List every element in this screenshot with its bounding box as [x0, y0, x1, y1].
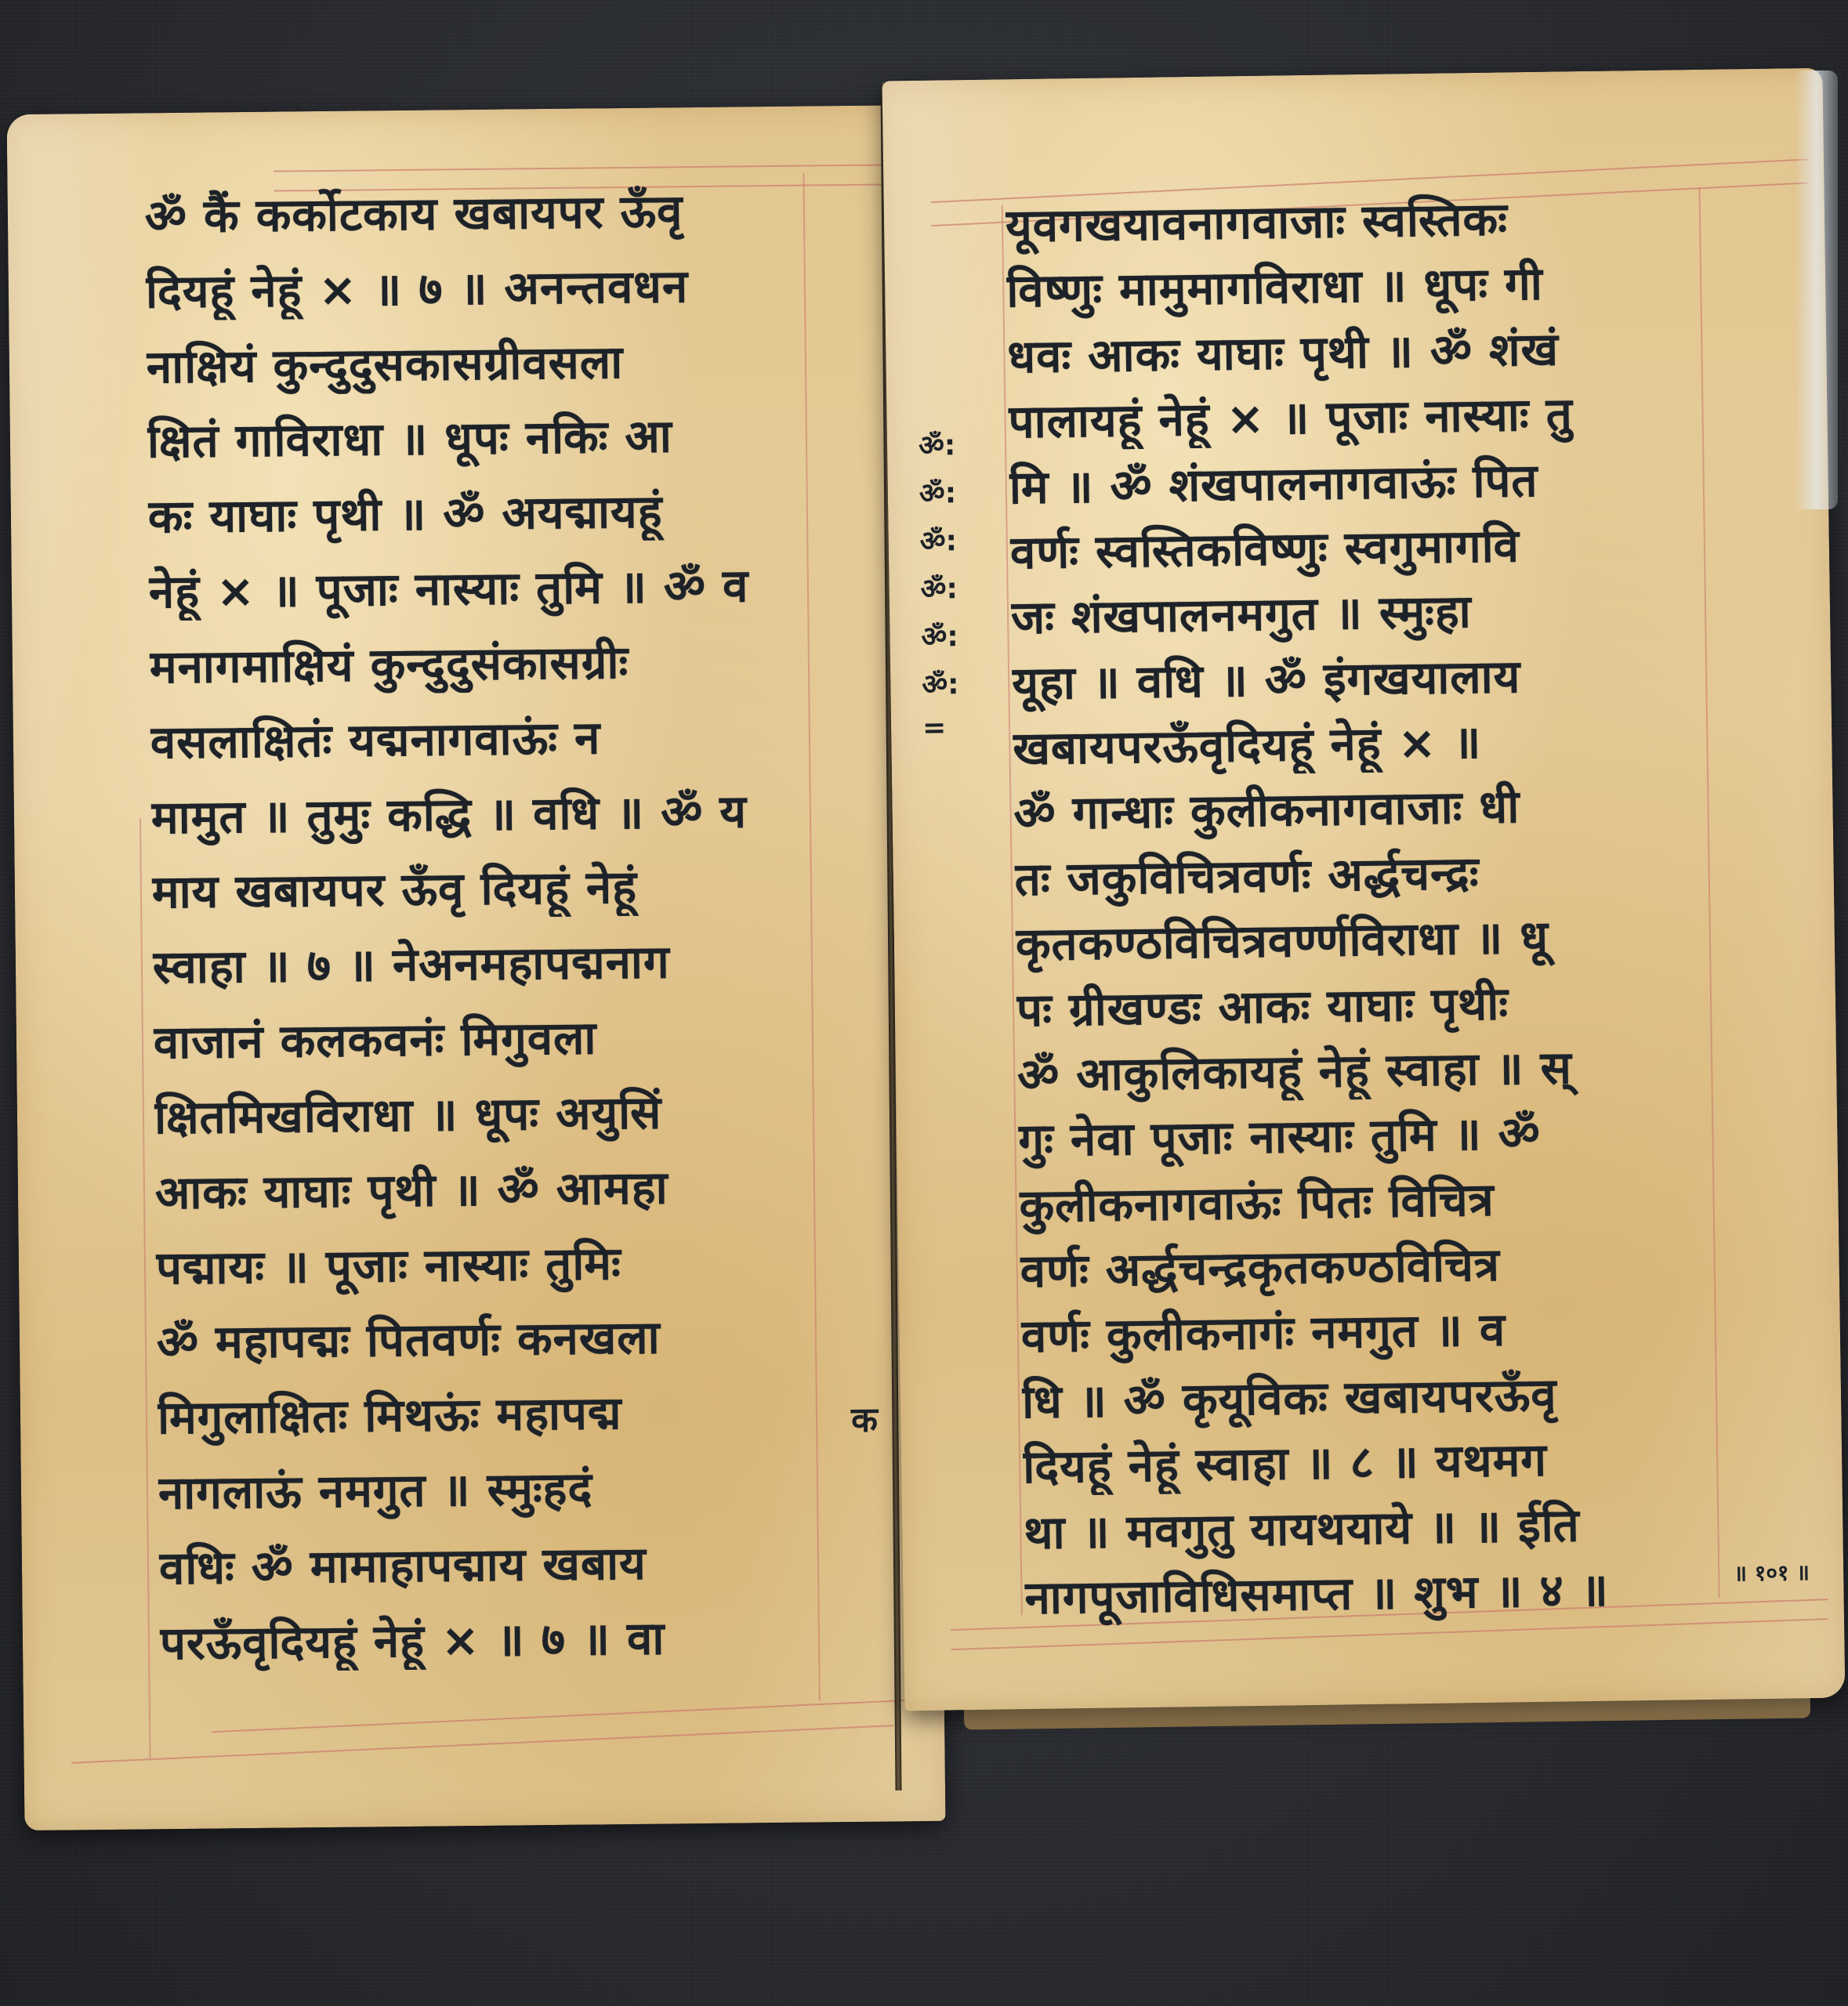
- text-line: वर्णः अर्द्धचन्द्रकृतकण्ठविचित्र: [1020, 1229, 1726, 1301]
- text-line: विष्णुः मामुमागविराधा ॥ धूपः गी: [1006, 248, 1712, 320]
- text-line: तः जकुविचित्रवर्णः अर्द्धचन्द्रः: [1014, 836, 1720, 908]
- text-line: मनागमाक्षियं कुन्दुदुसंकासग्रीः: [150, 627, 824, 696]
- text-line: धवः आकः याघाः पृथी ॥ ॐ शंखं: [1007, 313, 1713, 386]
- text-line: स्वाहा ॥ ७ ॥ नेअनमहापद्मनाग: [153, 928, 828, 997]
- text-line: कः याघाः पृथी ॥ ॐ अयद्मायहूं: [148, 477, 823, 546]
- left-text-block: ॐ कैं कर्कोटकाय खबायपर ऊँवृ दियहूं नेहूं…: [144, 176, 834, 1672]
- text-line: धि ॥ ॐ कृयूविकः खबायपरऊँवृ: [1022, 1359, 1728, 1431]
- text-line: यूवगखयावनागवाजाः स्वस्तिकः: [1006, 183, 1712, 255]
- left-page: ॐ कैं कर्कोटकाय खबायपर ऊँवृ दियहूं नेहूं…: [7, 105, 946, 1830]
- text-line: वाजानं कलकवनंः मिगुवला: [154, 1002, 828, 1071]
- text-line: कृतकण्ठविचित्रवर्ण्णविराधा ॥ धू: [1015, 902, 1721, 974]
- text-line: नागपूजाविधिसमाप्त ॥ शुभ ॥ ४ ॥: [1024, 1555, 1730, 1627]
- text-line: यूहा ॥ वधि ॥ ॐ इंगखयालाय: [1012, 640, 1718, 712]
- text-line: ॐ महापद्मः पितवर्णः कनखला: [157, 1303, 832, 1372]
- text-line: परऊँवृदियहूं नेहूं × ॥ ७ ॥ वा: [160, 1603, 835, 1672]
- margin-note: ॐ:: [920, 568, 958, 607]
- text-line: माय खबायपर ऊँवृ दियहूं नेहूं: [152, 853, 827, 922]
- text-line: वर्णः स्वस्तिकविष्णुः स्वगुमागवि: [1009, 510, 1716, 582]
- right-text-block: यूवगखयावनागवाजाः स्वस्तिकः विष्णुः मामुम…: [1006, 183, 1730, 1627]
- margin-note: ॐ:: [919, 473, 957, 512]
- text-line: ॐ आकुलिकायहूं नेहूं स्वाहा ॥ स्: [1017, 1033, 1723, 1105]
- text-line: पः ग्रीखण्डः आकः याघाः पृथीः: [1016, 967, 1723, 1039]
- text-line: जः शंखपालनमगुत ॥ स्मुःहा: [1011, 575, 1717, 647]
- text-line: नाक्षियं कुन्दुदुसकासग्रीवसला: [147, 327, 821, 396]
- text-line: मि ॥ ॐ शंखपालनागवाऊंः पित: [1009, 444, 1715, 516]
- right-page: यूवगखयावनागवाजाः स्वस्तिकः विष्णुः मामुम…: [882, 68, 1846, 1711]
- text-line: दियहूं नेहूं × ॥ ७ ॥ अनन्तवधन: [146, 252, 821, 320]
- margin-note: ॐ:: [922, 664, 959, 703]
- text-line: गुः नेवा पूजाः नास्याः तुमि ॥ ॐ: [1018, 1098, 1724, 1170]
- text-line: था ॥ मवगुतु यायथयाये ॥ ॥ ईति: [1024, 1490, 1730, 1562]
- margin-note: ॐ:: [919, 425, 956, 464]
- text-line: मामुत ॥ तुमुः कद्धि ॥ वधि ॥ ॐ य: [151, 777, 826, 846]
- text-line: क्षितमिखविराधा ॥ धूपः अयुसिं: [154, 1077, 829, 1146]
- text-line: पालायहूं नेहूं × ॥ पूजाः नास्याः तु: [1008, 379, 1714, 451]
- text-line: वधिः ॐ मामाहापद्माय खबाय: [159, 1528, 834, 1597]
- text-line: ॐ गान्धाः कुलीकनागवाजाः धी: [1013, 771, 1719, 843]
- text-line: खबायपरऊँवृदियहूं नेहूं × ॥: [1013, 706, 1719, 778]
- text-line: दियहूं नेहूं स्वाहा ॥ ८ ॥ यथमग: [1023, 1425, 1729, 1497]
- right-margin-notes: ॐ: ॐ: ॐ: ॐ: ॐ: ॐ: =: [919, 425, 960, 744]
- text-line: नागलाऊं नमगुत ॥ स्मुःहदं: [158, 1453, 833, 1522]
- text-line: नेहूं × ॥ पूजाः नास्याः तुमि ॥ ॐ व: [149, 552, 824, 621]
- page-number-marker: ॥ १०१ ॥: [1734, 1557, 1810, 1588]
- plastic-cover-edge: [1795, 71, 1838, 509]
- text-line: वसलाक्षितंः यद्मनागवाऊंः न: [150, 702, 825, 771]
- text-line: पद्मायः ॥ पूजाः नास्याः तुमिः: [156, 1228, 831, 1297]
- text-line: ॐ कैं कर्कोटकाय खबायपर ऊँवृ: [144, 176, 819, 245]
- text-line: कुलीकनागवाऊंः पितः विचित्र: [1019, 1163, 1725, 1235]
- margin-note: =: [922, 712, 960, 744]
- text-line: मिगुलाक्षितः मिथऊंः महापद्म: [158, 1378, 832, 1447]
- margin-note: ॐ:: [921, 616, 958, 655]
- text-line: वर्णः कुलीकनागंः नमगुत ॥ व: [1020, 1294, 1727, 1366]
- text-line: क्षितं गाविराधा ॥ धूपः नकिः आ: [147, 402, 822, 471]
- margin-note: ॐ:: [919, 520, 957, 559]
- left-margin-note: क: [851, 1395, 878, 1442]
- text-line: आकः याघाः पृथी ॥ ॐ आमहा: [155, 1153, 830, 1222]
